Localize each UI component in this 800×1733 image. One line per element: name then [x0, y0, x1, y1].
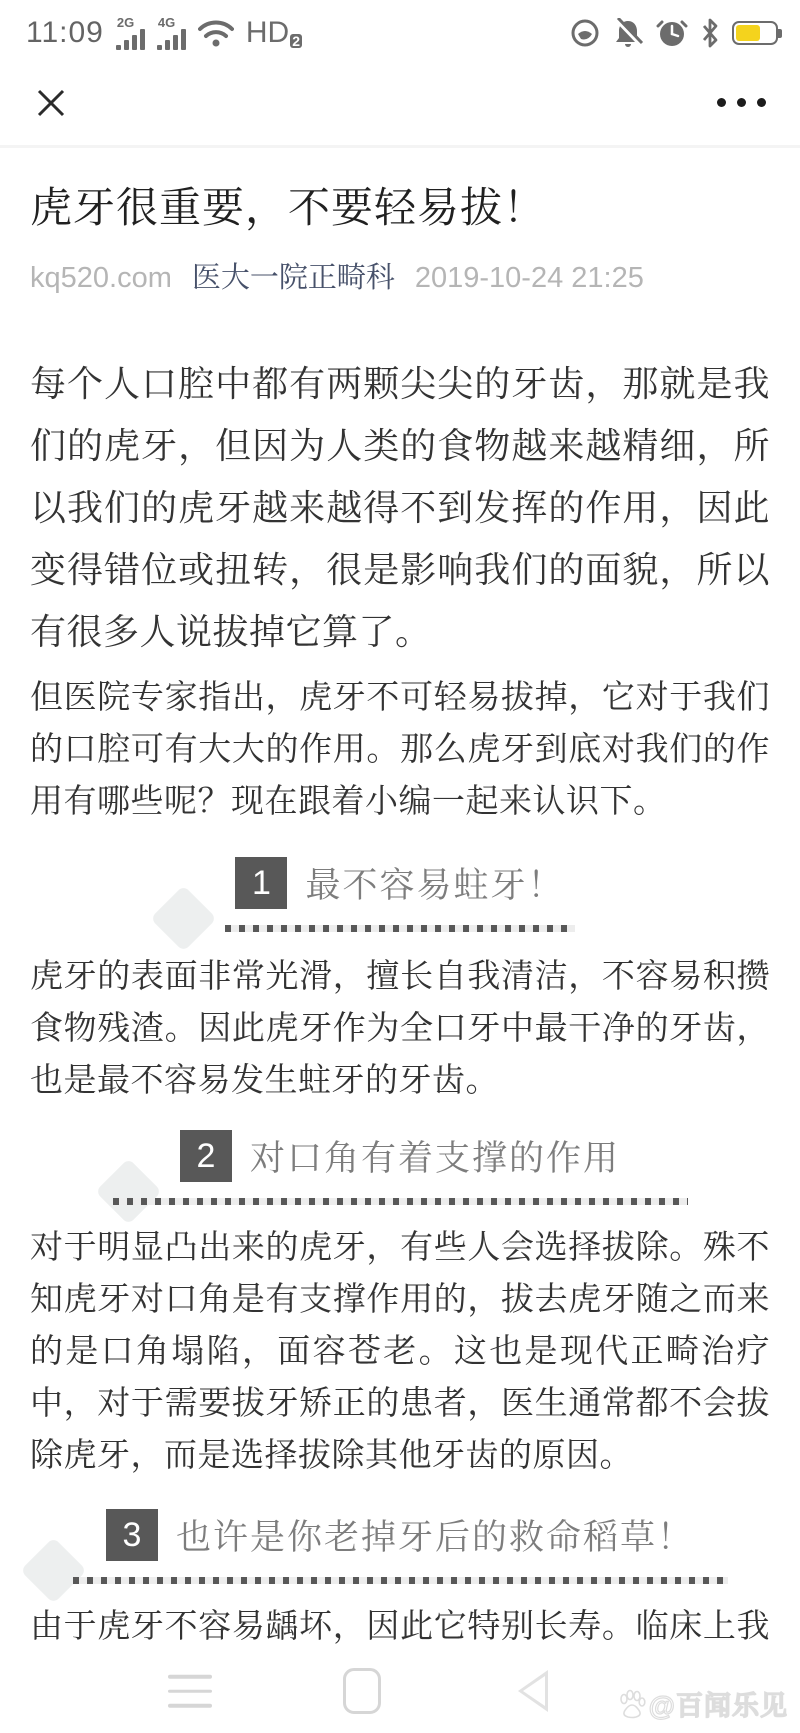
signal-2g-icon: 2G: [116, 17, 145, 50]
section-title: 最不容易蛀牙！: [305, 858, 564, 908]
paragraph: 但医院专家指出，虎牙不可轻易拔掉，它对于我们的口腔可有大大的作用。那么虎牙到底对…: [30, 671, 770, 827]
bluetooth-icon: [700, 18, 720, 48]
mute-icon: [612, 18, 644, 48]
clock-time: 11:09: [26, 16, 104, 50]
data-saver-icon: [570, 18, 600, 48]
baidu-paw-icon: [617, 1689, 647, 1719]
section-1-header: 1 最不容易蛀牙！: [30, 857, 770, 932]
article-content: 虎牙很重要，不要轻易拔！ kq520.com 医大一院正畸科 2019-10-2…: [0, 182, 800, 1704]
alarm-icon: [656, 18, 688, 48]
dotted-divider: [225, 925, 575, 932]
publish-date: 2019-10-24 21:25: [415, 260, 644, 297]
wifi-icon: [198, 18, 234, 48]
menu-icon[interactable]: [168, 1675, 212, 1708]
hd-volte-icon: HD2: [246, 16, 302, 50]
source-domain: kq520.com: [30, 260, 172, 297]
page-title: 虎牙很重要，不要轻易拔！: [30, 182, 770, 234]
home-icon[interactable]: [343, 1668, 381, 1714]
more-icon[interactable]: [717, 98, 766, 107]
section-body: 对于明显凸出来的虎牙，有些人会选择拔除。殊不知虎牙对口角是有支撑作用的，拔去虎牙…: [30, 1221, 770, 1481]
article-meta: kq520.com 医大一院正畸科 2019-10-24 21:25: [30, 260, 770, 297]
section-body: 虎牙的表面非常光滑，擅长自我清洁，不容易积攒食物残渣。因此虎牙作为全口牙中最干净…: [30, 950, 770, 1106]
back-icon[interactable]: [518, 1670, 548, 1712]
section-title: 对口角有着支撑的作用: [250, 1131, 620, 1181]
paragraph: 每个人口腔中都有两颗尖尖的牙齿，那就是我们的虎牙，但因为人类的食物越来越精细，所…: [30, 353, 770, 663]
watermark-text: @百闻乐见: [649, 1684, 788, 1723]
status-bar: 11:09 2G 4G HD2: [0, 0, 800, 60]
section-number-badge: 1: [235, 857, 287, 909]
close-icon[interactable]: [34, 86, 68, 120]
section-3-header: 3 也许是你老掉牙后的救命稻草！: [30, 1509, 770, 1584]
section-number-badge: 3: [106, 1509, 158, 1561]
navigation-bar: @百闻乐见: [0, 1649, 800, 1733]
section-number-badge: 2: [180, 1130, 232, 1182]
signal-4g-icon: 4G: [157, 17, 186, 50]
dotted-divider: [73, 1577, 728, 1584]
app-bar: [0, 60, 800, 148]
section-2-header: 2 对口角有着支撑的作用: [30, 1130, 770, 1205]
dotted-divider: [113, 1198, 688, 1205]
watermark: @百闻乐见: [617, 1684, 788, 1723]
author-link[interactable]: 医大一院正畸科: [192, 260, 395, 297]
section-title: 也许是你老掉牙后的救命稻草！: [176, 1510, 694, 1560]
battery-icon: [732, 21, 778, 45]
